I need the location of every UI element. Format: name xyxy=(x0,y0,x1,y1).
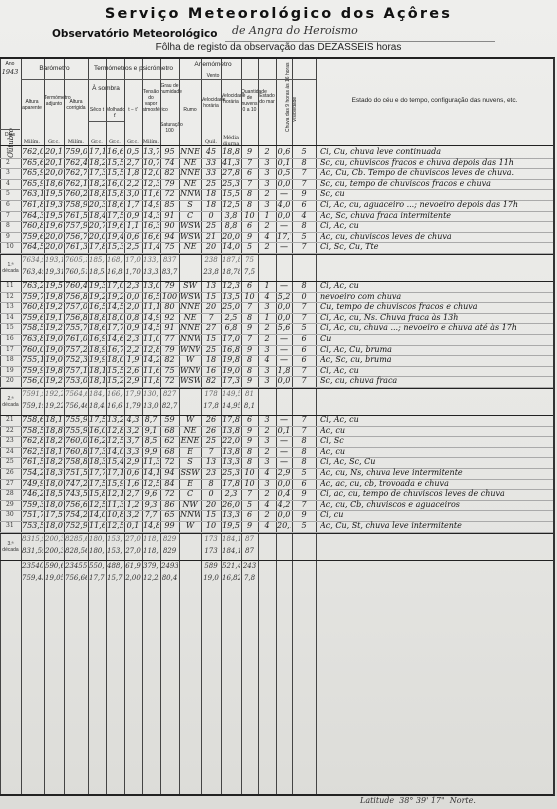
cell-diff: 2,6 xyxy=(125,366,141,375)
cell-alt_ap: 758,55 xyxy=(22,323,43,332)
cell-chuva: — xyxy=(277,436,291,445)
cell-nuv: 6 xyxy=(242,415,257,424)
cell-chuva: — xyxy=(277,447,291,456)
decade-means-cell: 13,07 xyxy=(143,402,159,410)
decade-means-cell: 19,22 xyxy=(45,402,63,410)
sky-remark: Ac, Sc, cu, bruma xyxy=(320,355,550,364)
decade-means-cell: 184,1 xyxy=(222,547,240,555)
cell-tensao: 14,8 xyxy=(143,521,159,530)
decade-sums-cell: 827 xyxy=(161,390,178,398)
cell-t_adj: 19,1 xyxy=(45,313,63,322)
decade-means-cell: 763,49 xyxy=(22,268,43,276)
cell-alt_corr: 760,07 xyxy=(65,436,87,445)
cell-hum: 72 xyxy=(161,376,178,385)
cell-nuv: 10 xyxy=(242,292,257,301)
decade-sums-cell: 184,1 xyxy=(222,535,240,543)
cell-vel: 7 xyxy=(202,313,220,322)
cell-vel: 23 xyxy=(202,468,220,477)
decade-sums-cell: 133,5 xyxy=(143,256,159,264)
cell-vis: 5 xyxy=(293,521,315,530)
cell-chuva: — xyxy=(277,189,291,198)
cell-diff: 0,1 xyxy=(125,521,141,530)
cell-molh: 12,5 xyxy=(107,521,123,530)
cell-mar: 3 xyxy=(259,366,275,375)
decade-means-cell: 83,7 xyxy=(161,268,178,276)
cell-hum: 62 xyxy=(161,436,178,445)
cell-t_adj: 19,2 xyxy=(45,302,63,311)
cell-tensao: 9,1 xyxy=(143,426,159,435)
cell-molh: 19,6 xyxy=(107,221,123,230)
day-number: 29 xyxy=(6,501,20,508)
cell-vel: 25 xyxy=(202,345,220,354)
day-number: 12 xyxy=(6,293,20,300)
decade-sums-cell: 187,8 xyxy=(222,256,240,264)
cell-vel2: 20,0 xyxy=(222,232,240,241)
month-sums-cell: 2493 xyxy=(161,562,178,570)
cell-mar: 3 xyxy=(259,345,275,354)
cell-vis: 8 xyxy=(293,457,315,466)
cell-molh: 15,2 xyxy=(107,376,123,385)
cell-vel2: 26,0 xyxy=(222,500,240,509)
cell-alt_ap: 751,75 xyxy=(22,510,43,519)
cell-vel: 20 xyxy=(202,242,220,251)
cell-hum: 99 xyxy=(161,521,178,530)
cell-vel2: 14,0 xyxy=(222,242,240,251)
decade-sums-cell: 27,0 xyxy=(125,535,141,543)
cell-vis: 7 xyxy=(293,179,315,188)
cell-tensao: 12,8 xyxy=(143,345,159,354)
cell-hum: 94 xyxy=(161,232,178,241)
cell-diff: 4,3 xyxy=(125,415,141,424)
cell-molh: 16,6 xyxy=(107,147,123,156)
sky-remark: Ci, Sc xyxy=(320,436,550,445)
cell-mar: 4 xyxy=(259,468,275,477)
cell-mar: 2 xyxy=(259,221,275,230)
cell-molh: 19,2 xyxy=(107,292,123,301)
cell-alt_ap: 761,80 xyxy=(22,200,43,209)
cell-diff: 3,7 xyxy=(125,436,141,445)
cell-seco: 16,2 xyxy=(89,436,105,445)
cell-chuva: 0,0 xyxy=(277,479,291,488)
cell-alt_corr: 758,88 xyxy=(65,457,87,466)
cell-tensao: 12,5 xyxy=(143,479,159,488)
cell-nuv: 8 xyxy=(242,189,257,198)
cell-alt_ap: 765,90 xyxy=(22,179,43,188)
cell-hum: 79 xyxy=(161,281,178,290)
sky-remark: Ac, Cu, Cb. Tempo de chuviscos leves de … xyxy=(320,168,550,177)
cell-vel2: 19,5 xyxy=(222,521,240,530)
month-sums-cell: 379,7 xyxy=(143,562,159,570)
decade-sums-cell: 8315,95 xyxy=(22,535,43,543)
cell-t_adj: 18,6 xyxy=(45,179,63,188)
cell-vis: 9 xyxy=(293,489,315,498)
cell-vel: 33 xyxy=(202,168,220,177)
cell-vis: 5 xyxy=(293,323,315,332)
cell-vel: 15 xyxy=(202,334,220,343)
observatory-name: de Angra do Heroismo xyxy=(232,24,358,37)
day-number: 17 xyxy=(6,346,20,353)
cell-chuva: 0,1 xyxy=(277,158,291,167)
cell-molh: 19,4 xyxy=(107,232,123,241)
vapor-tension-header: Tensão do vapor atmosférico xyxy=(142,89,160,113)
cell-mar: 4 xyxy=(259,292,275,301)
cell-chuva: 0,1 xyxy=(277,426,291,435)
cell-vis: 6 xyxy=(293,355,315,364)
cell-alt_corr: 757,23 xyxy=(65,345,87,354)
cell-alt_corr: 755,97 xyxy=(65,415,87,424)
decade-means-cell: 118,5 xyxy=(143,547,159,555)
cell-vel2: 13,8 xyxy=(222,426,240,435)
sky-remark: Ci, cu xyxy=(320,510,550,519)
cell-diff: 2,3 xyxy=(125,334,141,343)
cell-seco: 17,8 xyxy=(89,242,105,251)
cell-t_adj: 17,5 xyxy=(45,510,63,519)
cell-rumo: NNW xyxy=(180,510,200,519)
day-number: 14 xyxy=(6,314,20,321)
cell-alt_ap: 763,85 xyxy=(22,334,43,343)
cell-chuva: — xyxy=(277,281,291,290)
cell-vis: 8 xyxy=(293,221,315,230)
sky-remark: Ci, Ac, cu, Ns. Chuva fraca às 13h xyxy=(320,313,550,322)
cell-diff: 2,7 xyxy=(125,158,141,167)
decade-sums-cell: 185,8 xyxy=(89,256,105,264)
sky-remark: Cu xyxy=(320,334,550,343)
month-means-cell: 12,25 xyxy=(143,574,159,582)
cell-chuva: — xyxy=(277,457,291,466)
cell-diff: 1,9 xyxy=(125,355,141,364)
decade-label: 2.ª década xyxy=(1,396,20,408)
cell-seco: 18,1 xyxy=(89,376,105,385)
cell-vel2: 12,5 xyxy=(222,200,240,209)
cell-seco: 18,1 xyxy=(89,366,105,375)
decade-sums-cell: 8285,65 xyxy=(65,535,87,543)
cell-vel2: 17,0 xyxy=(222,334,240,343)
cell-mar: 3 xyxy=(259,436,275,445)
cell-vel2: 25,3 xyxy=(222,179,240,188)
cell-molh: 14,5 xyxy=(107,302,123,311)
cell-tensao: 11,0 xyxy=(143,334,159,343)
sky-remark: Ci, Ac, cu, aguaceiro ...; nevoeiro depo… xyxy=(320,200,550,209)
cell-alt_ap: 759,70 xyxy=(22,292,43,301)
cell-mar: 3 xyxy=(259,479,275,488)
sky-remark: Ac, cu, Ns, chuva leve intermitente xyxy=(320,468,550,477)
cell-diff: 0,0 xyxy=(125,292,141,301)
cell-t_adj: 19,0 xyxy=(45,334,63,343)
cell-seco: 18,6 xyxy=(89,323,105,332)
cell-rumo: E xyxy=(180,479,200,488)
cell-seco: 16,0 xyxy=(89,426,105,435)
cell-rumo: WSW xyxy=(180,221,200,230)
cell-molh: 17,7 xyxy=(107,323,123,332)
cell-tensao: 11,6 xyxy=(143,366,159,375)
cell-molh: 13,2 xyxy=(107,415,123,424)
cell-molh: 14,6 xyxy=(107,334,123,343)
cell-rumo: NNE xyxy=(180,302,200,311)
cell-rumo: NNE xyxy=(180,323,200,332)
cell-mar: 4 xyxy=(259,521,275,530)
row-divider xyxy=(0,145,553,146)
month-means-cell: 17,76 xyxy=(89,574,105,582)
cell-rumo: SW xyxy=(180,281,200,290)
day-number: 2 xyxy=(6,159,20,166)
cell-seco: 19,3 xyxy=(89,281,105,290)
cell-vel2: 13,3 xyxy=(222,457,240,466)
cell-vel: 13 xyxy=(202,281,220,290)
cell-hum: 72 xyxy=(161,489,178,498)
month-sums-cell: 589 xyxy=(202,562,220,570)
row-divider xyxy=(21,79,316,80)
cell-vel: 82 xyxy=(202,376,220,385)
cloud-amount-header: Quantidade de nuvens 0 a 10 xyxy=(241,89,258,113)
cell-nuv: 7 xyxy=(242,489,257,498)
decade-means-cell: 19,31 xyxy=(45,268,63,276)
cell-t_adj: 19,0 xyxy=(45,355,63,364)
cell-tensao: 8,5 xyxy=(143,436,159,445)
cell-tensao: 11,6 xyxy=(143,189,159,198)
cell-rumo: NE xyxy=(180,158,200,167)
decade-means-cell: 759,19 xyxy=(22,402,43,410)
cell-vel: 0 xyxy=(202,211,220,220)
cell-molh: 17,1 xyxy=(107,468,123,477)
cell-tensao: 14,1 xyxy=(143,468,159,477)
cell-chuva: — xyxy=(277,221,291,230)
cell-vel2: 17,3 xyxy=(222,376,240,385)
cell-alt_corr: 751,54 xyxy=(65,468,87,477)
cell-mar: 3 xyxy=(259,158,275,167)
cell-tensao: 14,2 xyxy=(143,355,159,364)
decade-sums-cell: 130,7 xyxy=(143,390,159,398)
cell-t_adj: 18,3 xyxy=(45,468,63,477)
latitude-footer: Latitude 38° 39' 17" Norte. xyxy=(360,796,476,805)
cell-molh: 15,4 xyxy=(107,457,123,466)
cell-hum: 90 xyxy=(161,221,178,230)
cell-t_adj: 18,0 xyxy=(45,521,63,530)
decade-means-cell: 16,88 xyxy=(107,268,123,276)
month-means-cell: 2,00 xyxy=(125,574,141,582)
cell-hum: 95 xyxy=(161,147,178,156)
cell-alt_corr: 761,07 xyxy=(65,334,87,343)
cell-rumo: NNE xyxy=(180,147,200,156)
cell-diff: 3,0 xyxy=(125,189,141,198)
cell-vel2: 12,3 xyxy=(222,281,240,290)
cell-hum: 84 xyxy=(161,479,178,488)
cell-seco: 20,3 xyxy=(89,200,105,209)
sky-state-header: Estado do céu e do tempo, configuração d… xyxy=(316,97,553,105)
cell-rumo: C xyxy=(180,211,200,220)
cell-mar: 2 xyxy=(259,147,275,156)
cell-alt_corr: 759,02 xyxy=(65,147,87,156)
day-number: 30 xyxy=(6,511,20,518)
cell-vel: 25 xyxy=(202,179,220,188)
cell-molh: 15,3 xyxy=(107,242,123,251)
cell-vis: 7 xyxy=(293,426,315,435)
cell-alt_corr: 743,59 xyxy=(65,489,87,498)
cell-seco: 11,6 xyxy=(89,521,105,530)
sky-remark: Sc, cu, tempo de chuviscos fracos e chuv… xyxy=(320,179,550,188)
cell-hum: 65 xyxy=(161,510,178,519)
decade-sums-cell: 837 xyxy=(161,256,178,264)
cell-molh: 17,5 xyxy=(107,211,123,220)
cell-t_adj: 18,5 xyxy=(45,489,63,498)
cell-vel2: 13,8 xyxy=(222,447,240,456)
cell-alt_corr: 758,99 xyxy=(65,200,87,209)
cell-alt_ap: 762,52 xyxy=(22,447,43,456)
cell-rumo: WNW xyxy=(180,345,200,354)
decade-sums-cell: 173 xyxy=(202,535,220,543)
cell-alt_corr: 755,70 xyxy=(65,323,87,332)
cell-alt_ap: 760,80 xyxy=(22,302,43,311)
cell-tensao: 11,4 xyxy=(143,242,159,251)
cell-alt_corr: 760,27 xyxy=(65,189,87,198)
cell-vis: 7 xyxy=(293,366,315,375)
cell-mar: 4 xyxy=(259,500,275,509)
cell-alt_corr: 757,95 xyxy=(65,221,87,230)
cell-molh: 15,5 xyxy=(107,366,123,375)
day-number: 28 xyxy=(6,490,20,497)
cell-hum: 75 xyxy=(161,242,178,251)
day-number: 7 xyxy=(6,212,20,219)
cell-vel2: 17,8 xyxy=(222,415,240,424)
cell-tensao: 11,8 xyxy=(143,376,159,385)
cell-chuva: 0,0 xyxy=(277,510,291,519)
saturation-label: Saturação 100 xyxy=(160,122,179,134)
cell-seco: 19,2 xyxy=(89,292,105,301)
decade-sums-cell: 192,2 xyxy=(45,390,63,398)
cell-alt_ap: 758,50 xyxy=(22,426,43,435)
cell-alt_corr: 757,01 xyxy=(65,302,87,311)
cell-hum: 86 xyxy=(161,500,178,509)
cell-seco: 19,9 xyxy=(89,355,105,364)
cell-alt_corr: 752,37 xyxy=(65,355,87,364)
cell-nuv: 8 xyxy=(242,457,257,466)
cell-vis: 7 xyxy=(293,302,315,311)
cell-rumo: WSW xyxy=(180,232,200,241)
cell-seco: 17,3 xyxy=(89,447,105,456)
wet-header: Molhado t' xyxy=(106,107,124,119)
cell-seco: 17,1 xyxy=(89,147,105,156)
sky-remark: Ci, Ac, cu xyxy=(320,221,550,230)
decade-sums-cell: 180,6 xyxy=(89,535,105,543)
cell-mar: 1 xyxy=(259,211,275,220)
day-number: 24 xyxy=(6,448,20,455)
cell-mar: 4 xyxy=(259,355,275,364)
latitude-value: 38° 39' 17" xyxy=(399,796,445,805)
month-means-cell: 759,43 xyxy=(22,574,43,582)
cell-mar: 3 xyxy=(259,415,275,424)
cell-vel2: 2,5 xyxy=(222,313,240,322)
cell-tensao: 10,7 xyxy=(143,158,159,167)
day-number: 1 xyxy=(6,148,20,155)
cell-t_adj: 19,0 xyxy=(45,345,63,354)
decade-means-cell: 7,5 xyxy=(242,268,257,276)
cell-vel: 20 xyxy=(202,500,220,509)
cell-vis: 0 xyxy=(293,292,315,301)
cell-diff: 2,0 xyxy=(125,302,141,311)
day-number: 15 xyxy=(6,324,20,331)
cell-alt_corr: 753,07 xyxy=(65,376,87,385)
cell-chuva: 2,9 xyxy=(277,468,291,477)
cell-vel2: 17,8 xyxy=(222,479,240,488)
cell-alt_ap: 759,60 xyxy=(22,232,43,241)
sky-remark: Sc, cu, chuva fraca xyxy=(320,376,550,385)
cell-vis: 7 xyxy=(293,313,315,322)
attached-thermometer-header: Termómetro adjunto xyxy=(44,95,64,107)
cell-t_adj: 19,3 xyxy=(45,200,63,209)
cell-vel2: 3,8 xyxy=(222,211,240,220)
cell-vis: 6 xyxy=(293,334,315,343)
decade-sums-cell: 178 xyxy=(202,390,220,398)
cell-nuv: 8 xyxy=(242,313,257,322)
cell-chuva: 0,0 xyxy=(277,179,291,188)
cell-nuv: 6 xyxy=(242,281,257,290)
decade-means-cell: 829 xyxy=(161,547,178,555)
cell-molh: 12,5 xyxy=(107,436,123,445)
cell-alt_corr: 747,26 xyxy=(65,479,87,488)
sky-remark: nevoeiro com chuva xyxy=(320,292,550,301)
cell-rumo: NNE xyxy=(180,168,200,177)
cell-seco: 17,5 xyxy=(89,479,105,488)
cell-nuv: 10 xyxy=(242,479,257,488)
decade-sums-cell: 166,4 xyxy=(107,390,123,398)
cell-t_adj: 20,0 xyxy=(45,232,63,241)
cell-diff: 0,6 xyxy=(125,232,141,241)
row-divider xyxy=(0,388,553,389)
decade-means-cell: 1,70 xyxy=(125,268,141,276)
decade-means-cell: 8,1 xyxy=(242,402,257,410)
cell-tensao: 12,3 xyxy=(143,179,159,188)
decade-sums-cell: 168,8 xyxy=(107,256,123,264)
difference-header: t − t' xyxy=(124,107,142,113)
cell-nuv: 7 xyxy=(242,179,257,188)
cell-seco: 18,2 xyxy=(89,179,105,188)
cell-vel2: 22,0 xyxy=(222,436,240,445)
decade-sums-cell: 118,5 xyxy=(143,535,159,543)
cell-nuv: 8 xyxy=(242,200,257,209)
cell-alt_ap: 764,35 xyxy=(22,211,43,220)
cell-nuv: 5 xyxy=(242,242,257,251)
cell-t_adj: 18,2 xyxy=(45,457,63,466)
cell-chuva: 0,0 xyxy=(277,313,291,322)
cell-mar: 3 xyxy=(259,179,275,188)
cell-diff: 0,8 xyxy=(125,313,141,322)
cell-nuv: 9 xyxy=(242,521,257,530)
cell-mar: 3 xyxy=(259,302,275,311)
barometer-header: Barómetro xyxy=(21,65,88,73)
decade-sums-cell: 7634,90 xyxy=(22,256,43,264)
hourly-speed-2-header: Velocidade horária xyxy=(221,93,241,105)
cell-diff: 0,9 xyxy=(125,323,141,332)
cell-alt_corr: 762,40 xyxy=(65,158,87,167)
year-value: 1943 xyxy=(0,68,20,76)
cell-rumo: WSW xyxy=(180,376,200,385)
decade-sums-cell: 7564,61 xyxy=(65,390,87,398)
cell-seco: 14,0 xyxy=(89,510,105,519)
cell-tensao: 14,3 xyxy=(143,211,159,220)
decade-sums-cell: 17,0 xyxy=(125,256,141,264)
cell-nuv: 7 xyxy=(242,158,257,167)
cell-vis: 6 xyxy=(293,479,315,488)
cell-chuva: 0,0 xyxy=(277,302,291,311)
decade-means-cell: 16,64 xyxy=(107,402,123,410)
cell-chuva: 0,6 xyxy=(277,147,291,156)
sky-remark: Ac, cu, Cb, chuviscos e aguaceiros xyxy=(320,500,550,509)
decade-means-cell: 18,78 xyxy=(222,268,240,276)
cell-t_adj: 19,6 xyxy=(45,221,63,230)
cell-t_adj: 18,1 xyxy=(45,447,63,456)
decade-sums-cell: 193,1 xyxy=(45,256,63,264)
row-divider xyxy=(0,254,553,255)
cell-vel2: 19,8 xyxy=(222,355,240,364)
